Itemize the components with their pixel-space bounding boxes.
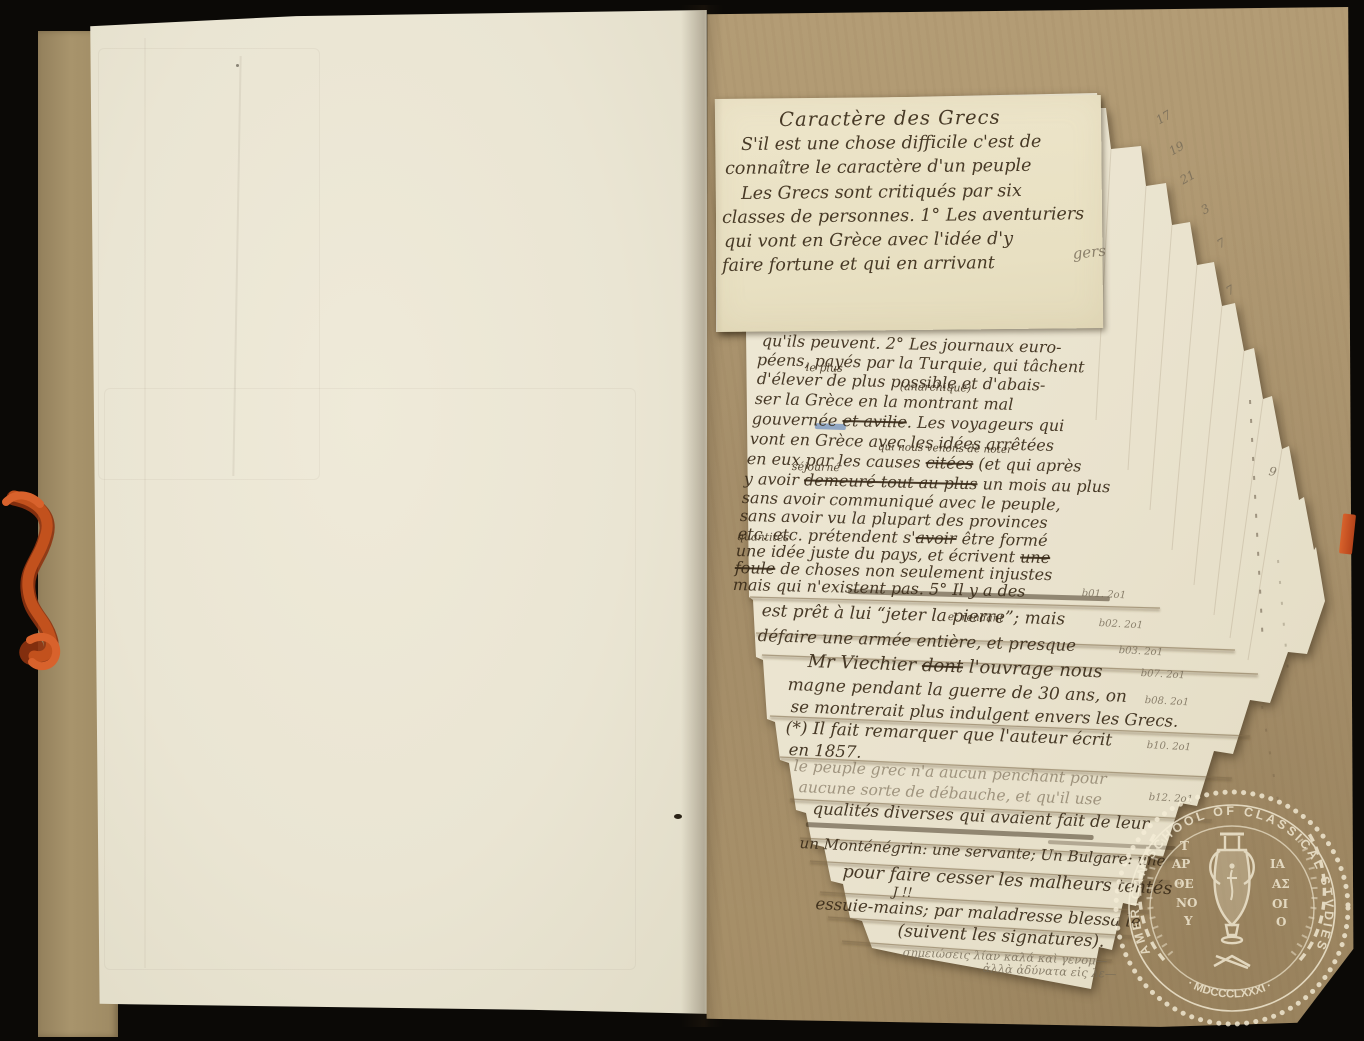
text-fragment: citées <box>925 453 973 473</box>
album-scan: Caractère des GrecsS'il est une chose di… <box>0 0 1364 1041</box>
note-card-line: qui vont en Grèce avec l'idée d'y <box>724 231 1013 252</box>
text-fragment: gouvernée <box>752 409 843 430</box>
svg-text:ΑΣ: ΑΣ <box>1271 877 1290 891</box>
note-card-line: Les Grecs sont critiqués par six <box>741 183 1022 203</box>
seal-amphora-icon <box>1210 834 1254 943</box>
svg-text:ΘΕ: ΘΕ <box>1174 877 1194 891</box>
note-card-title: Caractère des Grecs <box>779 108 1001 130</box>
seal-year: · MDCCCLXXXI · <box>1186 978 1275 1001</box>
svg-text:ΙΑ: ΙΑ <box>1270 857 1286 871</box>
inserted-word: le plus <box>806 362 843 374</box>
text-fragment: . Les voyageurs qui <box>907 413 1065 436</box>
svg-text:· MDCCCLXXXI ·: · MDCCCLXXXI · <box>1186 978 1275 1001</box>
pencil-fragment: gers <box>1072 244 1107 262</box>
note-card-line: S'il est une chose difficile c'est de <box>741 134 1041 155</box>
gutter-shadow <box>681 5 723 1027</box>
note-card-line: faire fortune et qui en arrivant <box>722 255 995 275</box>
svg-text:ΑΡ: ΑΡ <box>1171 857 1190 871</box>
note-card-line: classes de personnes. 1° Les aventuriers <box>722 206 1084 227</box>
svg-text:ΟΙ: ΟΙ <box>1272 897 1288 911</box>
note-card-line: connaître le caractère d'un peuple <box>725 158 1032 179</box>
pencil-page-number: 9 <box>1268 465 1278 478</box>
inserted-word: quantités <box>737 531 790 543</box>
text-fragment: Mr Viechier <box>807 651 922 676</box>
svg-text:ΝΟ: ΝΟ <box>1176 896 1197 910</box>
svg-text:Ο: Ο <box>1276 915 1286 929</box>
text-fragment: dont <box>922 655 964 677</box>
inserted-word: séjourné <box>792 461 840 473</box>
text-fragment: et avilie <box>842 411 907 431</box>
inserted-word: (anarchique) <box>900 381 972 394</box>
embossed-seal: AMERICAN SCHOOL OF CLASSICAL STVDIES AT … <box>1100 776 1364 1040</box>
svg-text:Τ: Τ <box>1180 839 1189 853</box>
text-fragment: (et qui après <box>973 454 1082 475</box>
svg-text:Υ: Υ <box>1183 914 1193 928</box>
